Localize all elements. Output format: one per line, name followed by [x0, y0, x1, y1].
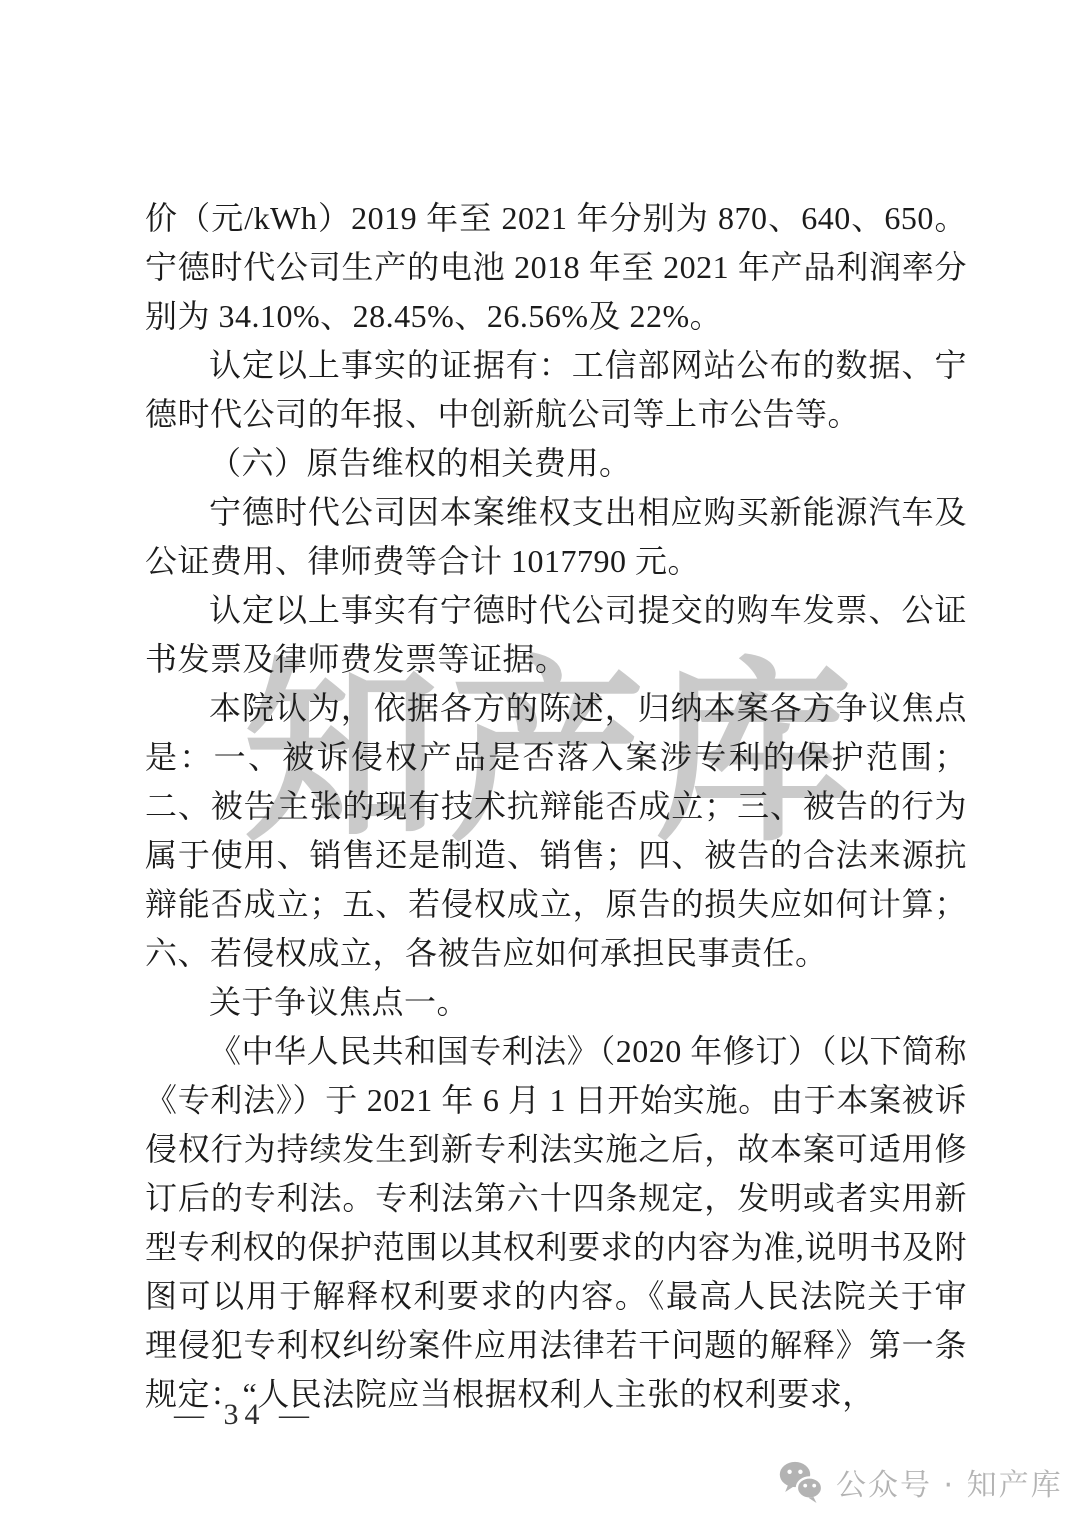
paragraph-invoice-evidence: 认定以上事实有宁德时代公司提交的购车发票、公证书发票及律师费发票等证据。 — [145, 586, 967, 684]
judgment-text: 价（元/kWh）2019 年至 2021 年分别为 870、640、650。宁德… — [145, 194, 967, 1419]
wechat-badge-label: 公众号 · 知产库 — [836, 1460, 1063, 1504]
paragraph-price-profit: 价（元/kWh）2019 年至 2021 年分别为 870、640、650。宁德… — [145, 194, 967, 341]
paragraph-section-six-heading: （六）原告维权的相关费用。 — [145, 439, 967, 488]
paragraph-focus-one-heading: 关于争议焦点一。 — [145, 978, 967, 1027]
document-page: 知产库 价（元/kWh）2019 年至 2021 年分别为 870、640、65… — [0, 0, 1080, 1527]
wechat-badge: 公众号 · 知产库 — [779, 1460, 1063, 1504]
paragraph-court-dispute-focus: 本院认为，依据各方的陈述，归纳本案各方争议焦点是：一、被诉侵权产品是否落入案涉专… — [145, 684, 967, 978]
paragraph-evidence-sources: 认定以上事实的证据有：工信部网站公布的数据、宁德时代公司的年报、中创新航公司等上… — [145, 341, 967, 439]
paragraph-rights-protection-costs: 宁德时代公司因本案维权支出相应购买新能源汽车及公证费用、律师费等合计 10177… — [145, 488, 967, 586]
wechat-icon — [779, 1461, 823, 1503]
page-number: — 34 — — [174, 1398, 315, 1432]
paragraph-patent-law: 《中华人民共和国专利法》（2020 年修订）（以下简称《专利法》）于 2021 … — [145, 1027, 967, 1419]
